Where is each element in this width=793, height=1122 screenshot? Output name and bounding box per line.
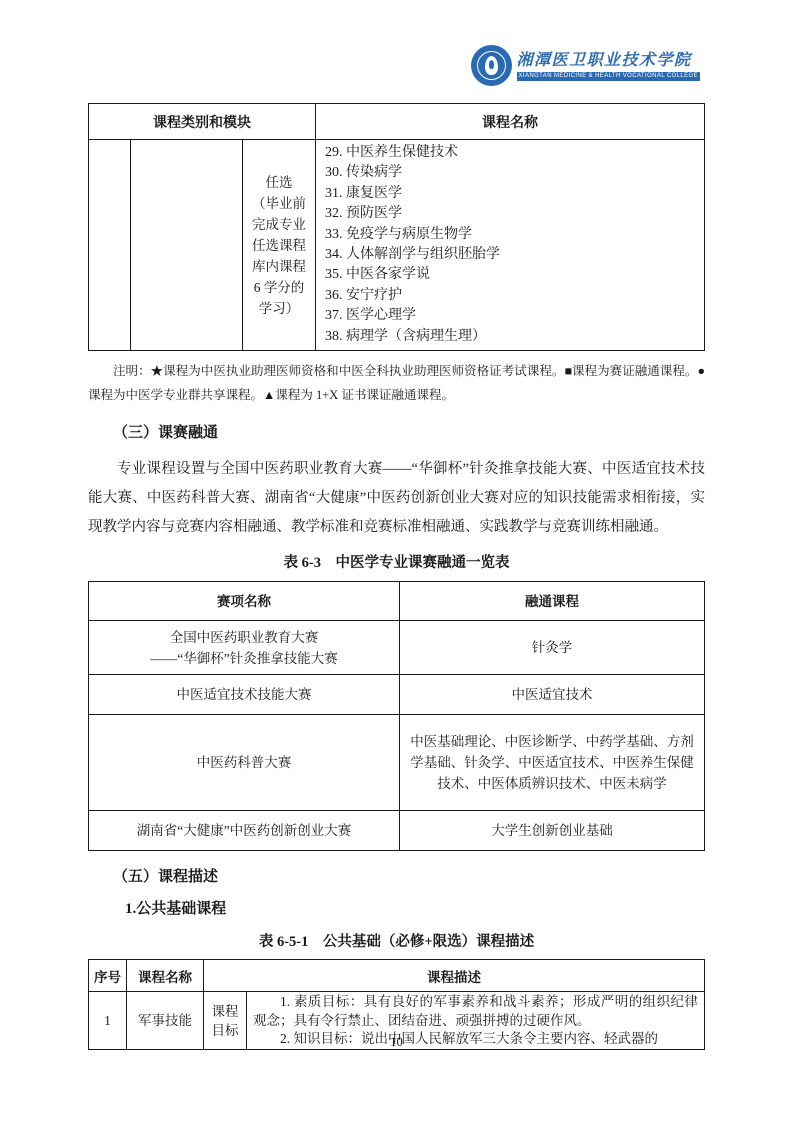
table-header-row: 序号 课程名称 课程描述 bbox=[89, 960, 705, 992]
logo-text-block: 湘潭医卫职业技术学院 XIANGTAN MEDICINE & HEALTH VO… bbox=[517, 51, 700, 81]
course-item: 34. 人体解剖学与组织胚胎学 bbox=[325, 245, 704, 265]
college-logo: 湘潭医卫职业技术学院 XIANGTAN MEDICINE & HEALTH VO… bbox=[471, 45, 700, 86]
competition-cell: 全国中医药职业教育大赛 ——“华御杯”针灸推拿技能大赛 bbox=[89, 621, 400, 675]
section-heading-5: （五）课程描述 bbox=[113, 866, 705, 888]
course-item: 36. 安宁疗护 bbox=[325, 286, 704, 306]
fused-course-cell: 大学生创新创业基础 bbox=[400, 811, 705, 851]
course-category-table: 课程类别和模块 课程名称 任选 （毕业前 完成专业 任选课程 库内课程 6 学分… bbox=[88, 103, 705, 351]
page-number: 10 bbox=[0, 1035, 793, 1050]
table-6-5-1-title: 表 6-5-1 公共基础（必修+限选）课程描述 bbox=[88, 932, 705, 953]
subsection-heading-1: 1.公共基础课程 bbox=[125, 898, 705, 920]
empty-cell bbox=[89, 140, 131, 351]
course-item: 33. 免疫学与病原生物学 bbox=[325, 225, 704, 245]
college-name-en: XIANGTAN MEDICINE & HEALTH VOCATIONAL CO… bbox=[517, 72, 700, 81]
header-no: 序号 bbox=[89, 960, 127, 992]
course-item: 31. 康复医学 bbox=[325, 184, 704, 204]
page-header: 湘潭医卫职业技术学院 XIANGTAN MEDICINE & HEALTH VO… bbox=[88, 0, 705, 103]
header-fused-course: 融通课程 bbox=[400, 582, 705, 621]
course-item: 38. 病理学（含病理生理） bbox=[325, 327, 704, 347]
competition-cell: 湖南省“大健康”中医药创新创业大赛 bbox=[89, 811, 400, 851]
document-page: 湘潭医卫职业技术学院 XIANGTAN MEDICINE & HEALTH VO… bbox=[0, 0, 793, 1122]
table-row: 中医药科普大赛 中医基础理论、中医诊断学、中药学基础、方剂学基础、针灸学、中医适… bbox=[89, 715, 705, 811]
course-item: 32. 预防医学 bbox=[325, 204, 704, 224]
competition-course-table: 赛项名称 融通课程 全国中医药职业教育大赛 ——“华御杯”针灸推拿技能大赛 针灸… bbox=[88, 581, 705, 851]
course-list-cell: 29. 中医养生保健技术 30. 传染病学 31. 康复医学 32. 预防医学 … bbox=[316, 140, 705, 351]
table-header-row: 赛项名称 融通课程 bbox=[89, 582, 705, 621]
competition-cell: 中医适宜技术技能大赛 bbox=[89, 675, 400, 715]
table-legend-note: 注明：★课程为中医执业助理医师资格和中医全科执业助理医师资格证考试课程。■课程为… bbox=[88, 359, 705, 407]
course-item: 37. 医学心理学 bbox=[325, 306, 704, 326]
fused-course-cell: 针灸学 bbox=[400, 621, 705, 675]
competition-cell: 中医药科普大赛 bbox=[89, 715, 400, 811]
course-item: 35. 中医各家学说 bbox=[325, 265, 704, 285]
seal-lotus-inner bbox=[489, 60, 494, 69]
header-course-name: 课程名称 bbox=[316, 104, 705, 140]
header-course-category: 课程类别和模块 bbox=[89, 104, 316, 140]
table-row: 任选 （毕业前 完成专业 任选课程 库内课程 6 学分的 学习） 29. 中医养… bbox=[89, 140, 705, 351]
table-row: 全国中医药职业教育大赛 ——“华御杯”针灸推拿技能大赛 针灸学 bbox=[89, 621, 705, 675]
table-6-3-title: 表 6-3 中医学专业课赛融通一览表 bbox=[88, 553, 705, 574]
fused-course-cell: 中医适宜技术 bbox=[400, 675, 705, 715]
table-row: 中医适宜技术技能大赛 中医适宜技术 bbox=[89, 675, 705, 715]
course-item: 29. 中医养生保健技术 bbox=[325, 143, 704, 163]
college-seal-icon bbox=[471, 45, 512, 86]
header-course-name: 课程名称 bbox=[127, 960, 204, 992]
table-row: 湖南省“大健康”中医药创新创业大赛 大学生创新创业基础 bbox=[89, 811, 705, 851]
college-name-cn: 湘潭医卫职业技术学院 bbox=[517, 51, 700, 71]
table-header-row: 课程类别和模块 课程名称 bbox=[89, 104, 705, 140]
header-course-description: 课程描述 bbox=[204, 960, 705, 992]
course-item: 30. 传染病学 bbox=[325, 163, 704, 183]
quality-goal-text: 1. 素质目标：具有良好的军事素养和战斗素养；形成严明的组织纪律观念；具有令行禁… bbox=[253, 993, 698, 1029]
empty-cell bbox=[131, 140, 243, 351]
section-3-paragraph: 专业课程设置与全国中医药职业教育大赛——“华御杯”针灸推拿技能大赛、中医适宜技术… bbox=[88, 455, 705, 541]
section-heading-3: （三）课赛融通 bbox=[113, 422, 705, 444]
module-elective-cell: 任选 （毕业前 完成专业 任选课程 库内课程 6 学分的 学习） bbox=[243, 140, 316, 351]
header-competition: 赛项名称 bbox=[89, 582, 400, 621]
fused-course-cell: 中医基础理论、中医诊断学、中药学基础、方剂学基础、针灸学、中医适宜技术、中医养生… bbox=[400, 715, 705, 811]
